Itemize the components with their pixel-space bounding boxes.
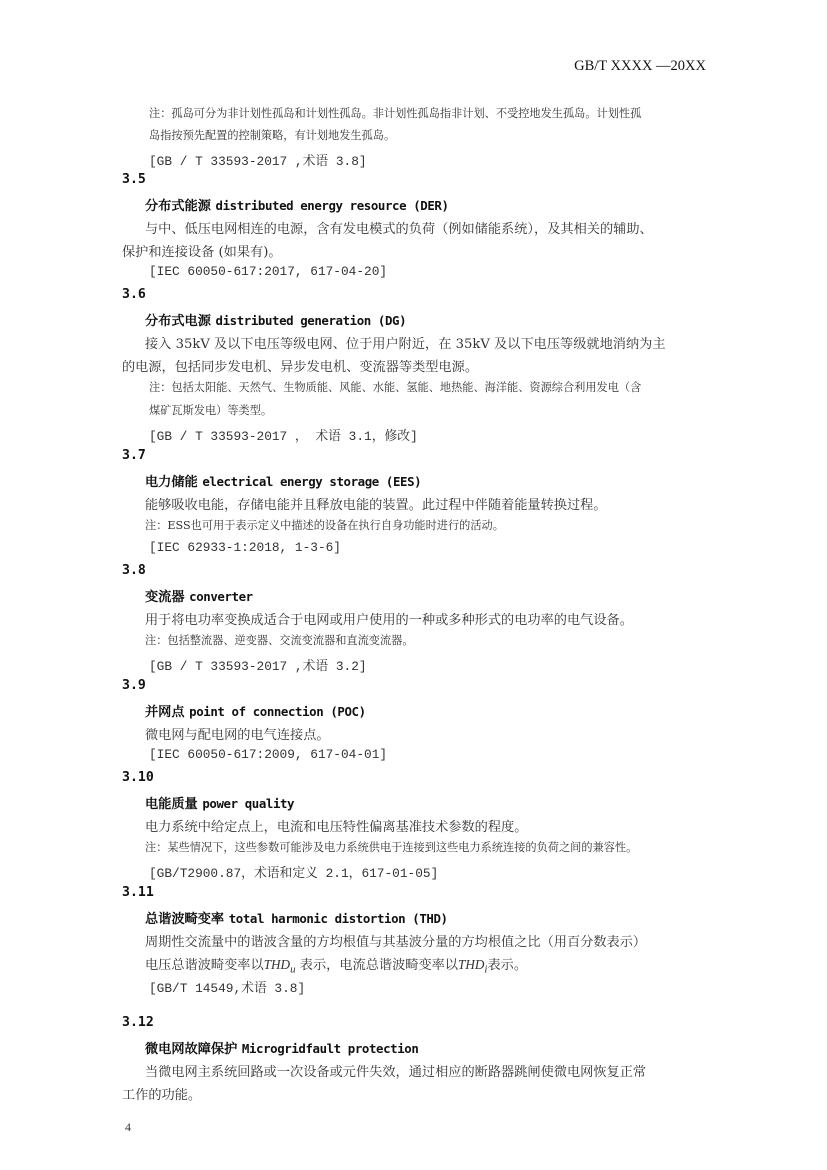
definition-line-1: 周期性交流量中的谐波含量的方均根值与其基波分量的方均根值之比（用百分数表示） (145, 931, 646, 950)
intro-reference: [GB / T 33593-2017 ,术语 3.8] (149, 150, 367, 169)
note-line-1: 注：包括太阳能、天然气、生物质能、风能、水能、氢能、地热能、海洋能、资源综合利用… (149, 379, 641, 395)
entry-term: 分布式能源 distributed energy resource (DER) (145, 195, 449, 214)
term-zh: 总谐波畸变率 (145, 912, 224, 927)
entry-term: 总谐波畸变率 total harmonic distortion (THD) (145, 908, 448, 927)
intro-note-line-1: 注：孤岛可分为非计划性孤岛和计划性孤岛。非计划性孤岛指非计划、不受控地发生孤岛。… (149, 105, 641, 121)
reference: [IEC 62933-1:2018, 1-3-6] (149, 540, 341, 555)
entry-term: 分布式电源 distributed generation (DG) (145, 310, 406, 329)
reference: [GB/T 14549,术语 3.8] (149, 977, 305, 996)
reference: [IEC 60050-617:2009, 617-04-01] (149, 747, 387, 762)
term-en: electrical energy storage (EES) (202, 474, 421, 489)
entry-number: 3.7 (122, 448, 146, 463)
entry-term: 变流器 converter (145, 586, 253, 605)
text: 表示。 (487, 958, 527, 973)
text: 电压总谐波畸变率以 (145, 958, 264, 973)
term-zh: 并网点 (145, 705, 185, 720)
entry-number: 3.12 (122, 1015, 154, 1030)
intro-note-line-2: 岛指按预先配置的控制策略，有计划地发生孤岛。 (149, 127, 395, 143)
term-zh: 分布式电源 (145, 314, 211, 329)
entry-term: 并网点 point of connection (POC) (145, 701, 366, 720)
definition-line-2: 电压总谐波畸变率以THDu 表示，电流总谐波畸变率以THDi表示。 (145, 954, 527, 976)
definition-line-2: 的电源，包括同步发电机、异步发电机、变流器等类型电源。 (122, 356, 478, 375)
entry-number: 3.11 (122, 885, 154, 900)
definition-line-1: 用于将电功率变换成适合于电网或用户使用的一种或多种形式的电功率的电气设备。 (145, 609, 633, 628)
note-line-1: 注：某些情况下，这些参数可能涉及电力系统供电于连接到这些电力系统连接的负荷之间的… (145, 839, 637, 855)
term-en: point of connection (POC) (189, 704, 366, 719)
term-en: total harmonic distortion (THD) (229, 911, 448, 926)
definition-line-2: 工作的功能。 (122, 1084, 201, 1103)
term-zh: 电力储能 (145, 475, 198, 490)
thd-symbol: THD (458, 957, 484, 972)
definition-line-1: 微电网与配电网的电气连接点。 (145, 724, 330, 743)
definition-line-1: 当微电网主系统回路或一次设备或元件失效，通过相应的断路器跳闸使微电网恢复正常 (145, 1061, 646, 1080)
term-en: Microgridfault protection (242, 1041, 419, 1056)
term-en: distributed energy resource (DER) (216, 198, 449, 213)
document-header-id: GB/T XXXX —20XX (574, 58, 706, 75)
entry-number: 3.9 (122, 678, 146, 693)
note-line-1: 注：包括整流器、逆变器、交流变流器和直流变流器。 (145, 632, 414, 648)
definition-line-1: 接入 35kV 及以下电压等级电网、位于用户附近，在 35kV 及以下电压等级就… (145, 333, 666, 352)
note-line-2: 煤矿瓦斯发电）等类型。 (149, 402, 272, 418)
definition-line-1: 能够吸收电能，存储电能并且释放电能的装置。此过程中伴随着能量转换过程。 (145, 494, 607, 513)
term-en: power quality (202, 796, 294, 811)
entry-number: 3.10 (122, 770, 154, 785)
term-zh: 电能质量 (145, 797, 198, 812)
definition-line-1: 电力系统中给定点上，电流和电压特性偏离基准技术参数的程度。 (145, 816, 527, 835)
term-en: distributed generation (DG) (216, 313, 407, 328)
entry-term: 电力储能 electrical energy storage (EES) (145, 471, 421, 490)
entry-number: 3.5 (122, 172, 146, 187)
thd-symbol: THD (264, 957, 290, 972)
text: 表示，电流总谐波畸变率以 (296, 958, 458, 973)
term-zh: 变流器 (145, 590, 185, 605)
term-zh: 微电网故障保护 (145, 1042, 237, 1057)
page-number: 4 (125, 1120, 131, 1135)
reference: [GB/T2900.87，术语和定义 2.1，617-01-05] (149, 862, 438, 881)
definition-line-1: 与中、低压电网相连的电源，含有发电模式的负荷（例如储能系统），及其相关的辅助、 (145, 218, 653, 237)
reference: [IEC 60050-617:2017, 617-04-20] (149, 264, 387, 279)
reference: [GB / T 33593-2017 ,术语 3.2] (149, 655, 367, 674)
entry-number: 3.8 (122, 563, 146, 578)
term-en: converter (189, 589, 253, 604)
definition-line-2: 保护和连接设备 (如果有)。 (122, 241, 282, 260)
reference: [GB / T 33593-2017 ， 术语 3.1，修改] (149, 425, 418, 444)
entry-number: 3.6 (122, 287, 146, 302)
entry-term: 微电网故障保护 Microgridfault protection (145, 1038, 418, 1057)
entry-term: 电能质量 power quality (145, 793, 294, 812)
note-line-1: 注：ESS也可用于表示定义中描述的设备在执行自身功能时进行的活动。 (145, 517, 504, 533)
term-zh: 分布式能源 (145, 199, 211, 214)
